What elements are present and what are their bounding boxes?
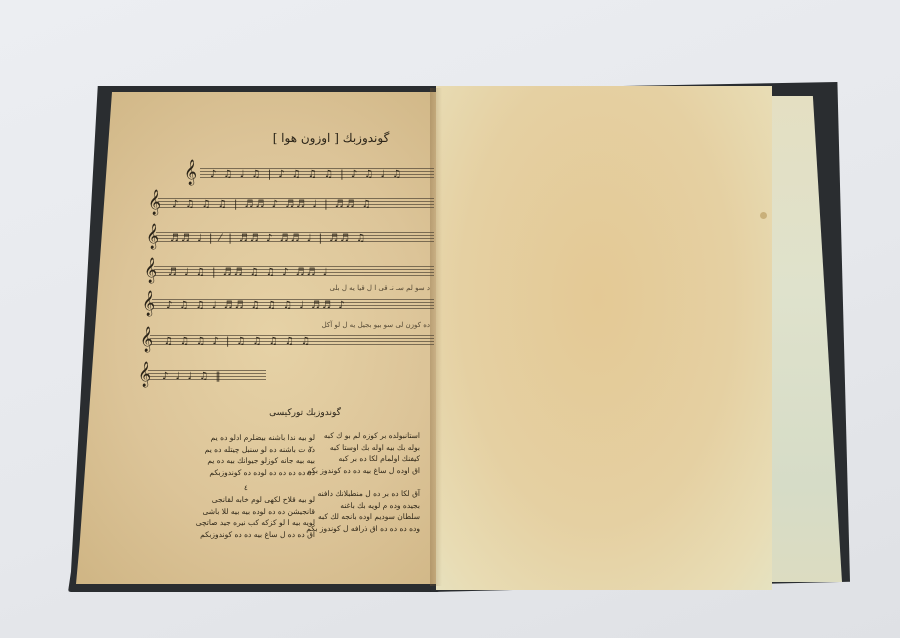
verse-line: لو بيه ندا باشنه بيضلرم ادلو ده يم xyxy=(195,432,315,444)
verse-line: اق اوده ل ساغ بيه ده ده كوندوز بكم xyxy=(300,465,420,477)
treble-clef-icon: 𝄞 xyxy=(148,192,161,214)
staff-notes: ♪ ♫ ♫ ♩ ♬♬ ♫ ♫ ♫ ♩ ♬♬ ♪ xyxy=(166,301,347,311)
verse-line: ده ت باشنه ده لو سنبل چيتله ده يم xyxy=(195,444,315,456)
stanza: لو بيه ندا باشنه بيضلرم ادلو ده يم ده ت … xyxy=(195,432,315,478)
treble-clef-icon: 𝄞 xyxy=(140,329,153,351)
verse-line: لويه بيه ا لو كزكه كب نيره جيد صاتچى xyxy=(195,517,315,529)
stanza: آق لكا ده بر ده ل منطبلانك دافنه بجيده و… xyxy=(300,488,420,534)
verse-line: بوله بك بيه اوله بك اوستا كبه xyxy=(300,442,420,454)
verse-line: لو بيه قلاح لكهى لوم خابه لقانجى xyxy=(195,494,315,506)
song-title: گوندوزبك [ اوزون هوا ] xyxy=(226,131,436,145)
stanza: لو بيه قلاح لكهى لوم خابه لقانجى قانجيشن… xyxy=(195,494,315,540)
staff-notes: ♪ ♩ ♩ ♫ ‖ xyxy=(162,372,223,382)
staff-notes: ♫ ♫ ♫ ♪ | ♫ ♫ ♫ ♫ ♫ xyxy=(164,337,312,347)
verse-line: كيفنك اولمام لكا ده بر كبه xyxy=(300,453,420,465)
staff-notes: ♪ ♫ ♫ ♫ | ♬♬ ♪ ♬♬ ♩ | ♬♬ ♫ xyxy=(172,200,373,210)
photo-scene: گوندوزبك [ اوزون هوا ] 𝄞 ♪ ♫ ♩ ♫ | ♪ ♫ ♫… xyxy=(0,0,900,638)
stanza: استانبولده بر كوزه لم بو ك كبه بوله بك ب… xyxy=(300,430,420,476)
verse-line: بيه بيه جانه كوزلو جيوانك بيه ده يم xyxy=(195,455,315,467)
lyric-line: ده كوزن لى سو بيو بجيل يه ل لو آكل xyxy=(170,321,430,329)
lyrics-section-title: گوندوزبك توركيسى xyxy=(260,408,350,418)
verse-line: ده ده ده ده ده لوده ده كوندوزبكم xyxy=(195,467,315,479)
treble-clef-icon: 𝄞 xyxy=(142,293,155,315)
verse-line: استانبولده بر كوزه لم بو ك كبه xyxy=(300,430,420,442)
verse-line: آق لكا ده بر ده ل منطبلانك دافنه xyxy=(300,488,420,500)
staff-notes: ♪ ♫ ♩ ♫ | ♪ ♫ ♫ ♫ | ♪ ♫ ♩ ♫ xyxy=(210,170,403,180)
verse-line: قانجيشن ده ده لوده بيه بيه للا باشى xyxy=(195,506,315,518)
treble-clef-icon: 𝄞 xyxy=(146,226,159,248)
verse-line: وده ده ده ده اق ذرافه ل كوندوز بكم xyxy=(300,523,420,535)
verse-line: بجيده وده م لويه بك باغنه xyxy=(300,500,420,512)
verse-line: سلطان سوديم اوده بانجه لك كبه xyxy=(300,511,420,523)
staff-notes: ♬♬ ♩ | ⁄ | ♬♬ ♪ ♬♬ ♩ | ♬♬ ♫ xyxy=(170,234,367,244)
staff-notes: ♬ ♩ ♫ | ♬♬ ♫ ♫ ♪ ♬♬ ♩ xyxy=(168,268,330,278)
lyric-line: د سو لم سـ نـ قى ا ل قيا يه ل بلى xyxy=(180,284,430,292)
treble-clef-icon: 𝄞 xyxy=(138,364,151,386)
stanza-number: ٤ xyxy=(244,484,248,492)
paper-stain xyxy=(760,212,767,219)
verse-line: اق ده ده ل ساغ بيه ده ده كوندوزبكم xyxy=(195,529,315,541)
treble-clef-icon: 𝄞 xyxy=(184,162,197,184)
right-page-blank xyxy=(436,86,772,590)
treble-clef-icon: 𝄞 xyxy=(144,260,157,282)
